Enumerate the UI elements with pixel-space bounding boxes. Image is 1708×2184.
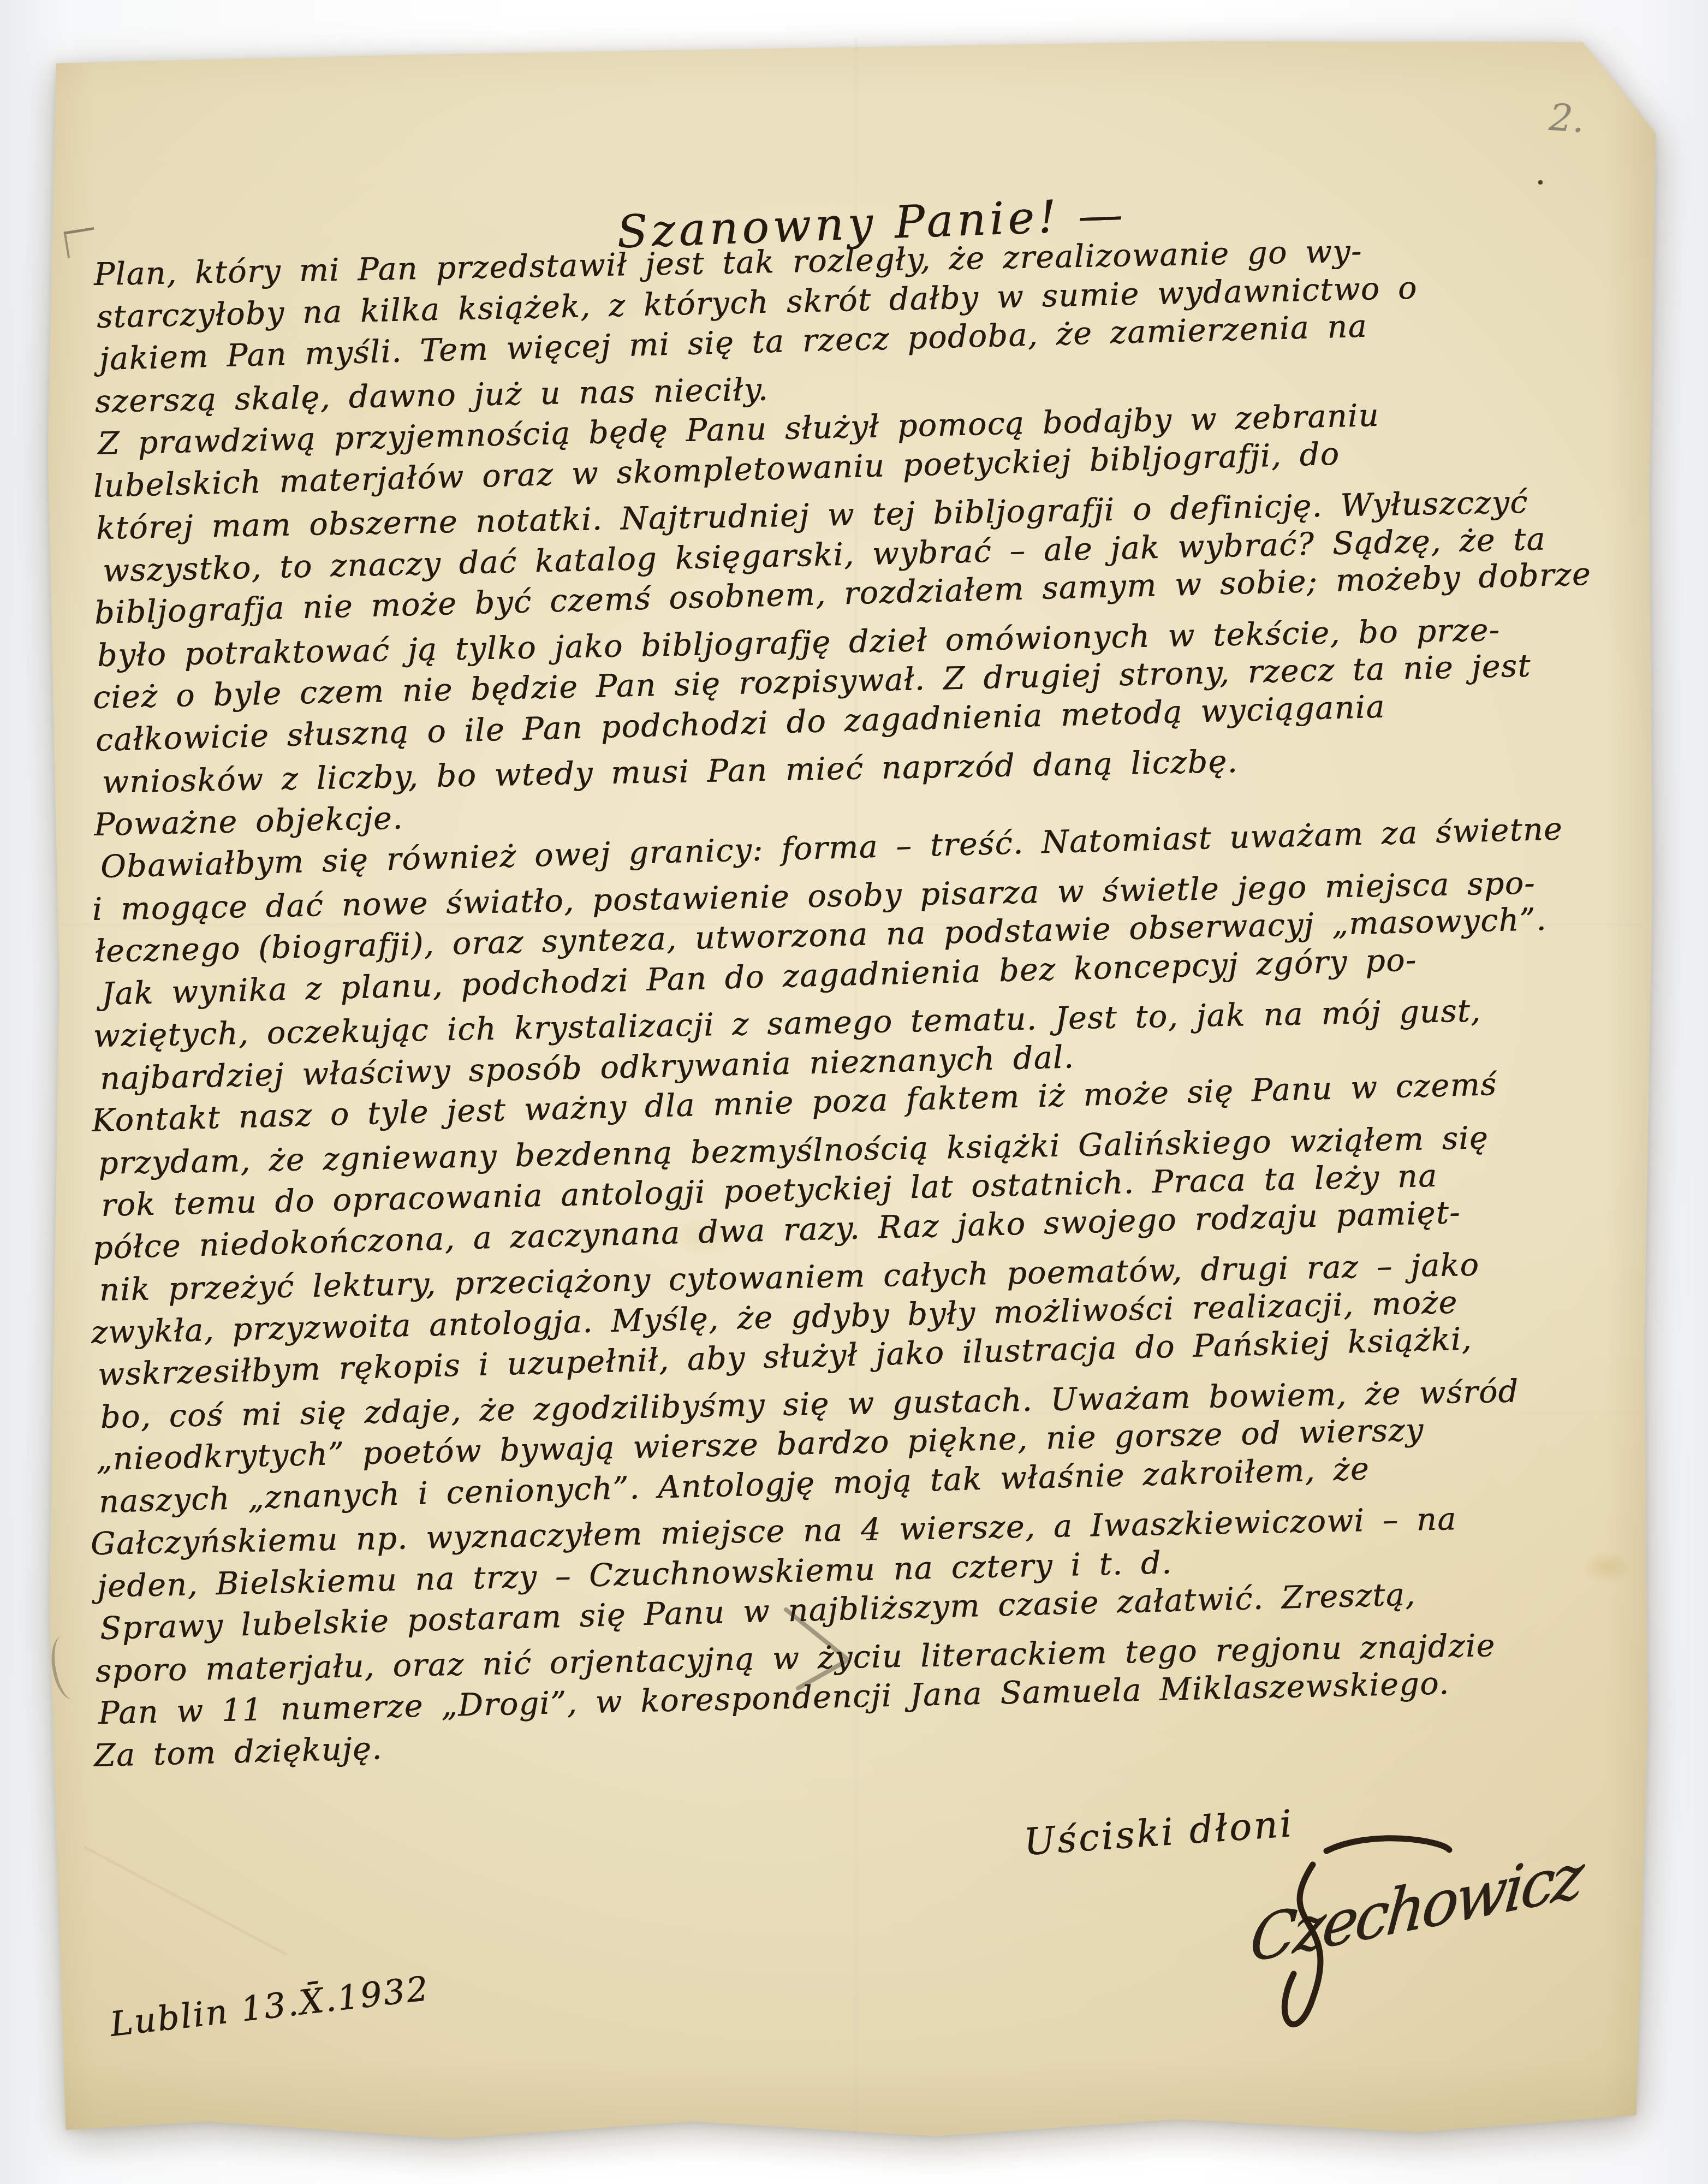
letter-line: Za tom dziękuję. [93, 1730, 383, 1774]
paper-speck [1538, 180, 1543, 185]
page-number: 2. [1548, 96, 1586, 141]
pencil-bracket-mark [64, 227, 98, 258]
letter-line: Poważne objekcje. [93, 800, 403, 843]
photo-background: 2. Szanowny Panie! — Plan, który mi Pan … [0, 0, 1708, 2184]
